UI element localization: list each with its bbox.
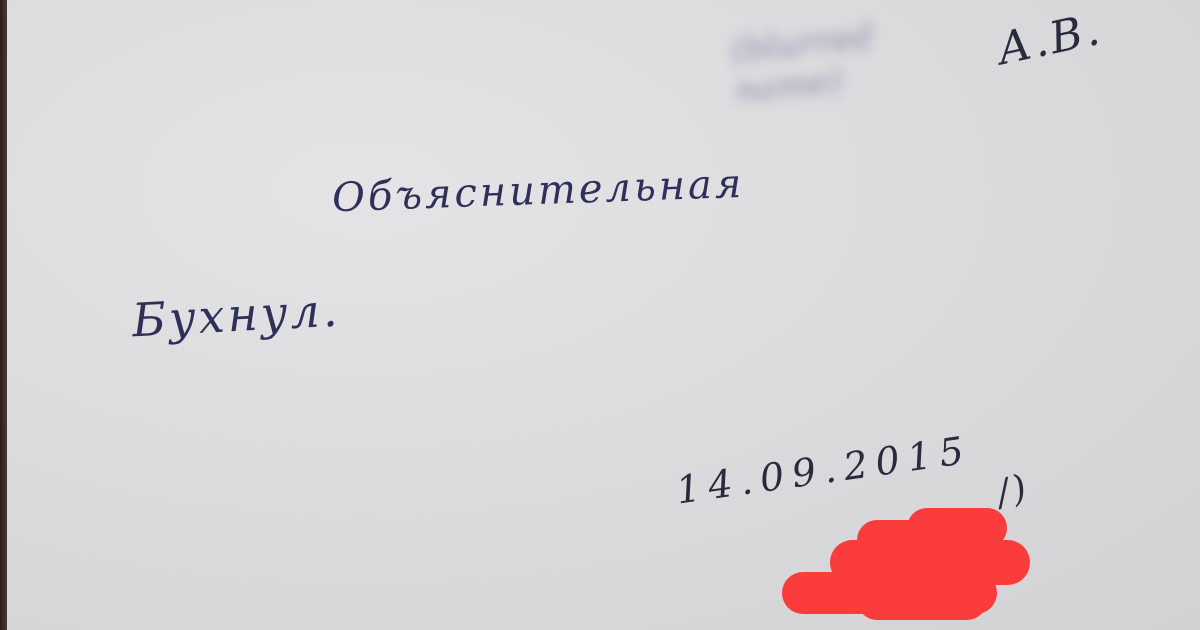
blurred-header-name: (blurred name) [729, 9, 955, 102]
header-initials: А.В. [993, 4, 1107, 76]
document-title: Объяснительная [331, 161, 745, 221]
document-body: Бухнул. [131, 283, 342, 348]
signature-stroke: /) [992, 467, 1034, 515]
document-date: 14.09.2015 [673, 428, 974, 513]
paper-sheet: (blurred name) А.В. Объяснительная Бухну… [7, 0, 1200, 630]
photo-background-edge [0, 0, 7, 630]
